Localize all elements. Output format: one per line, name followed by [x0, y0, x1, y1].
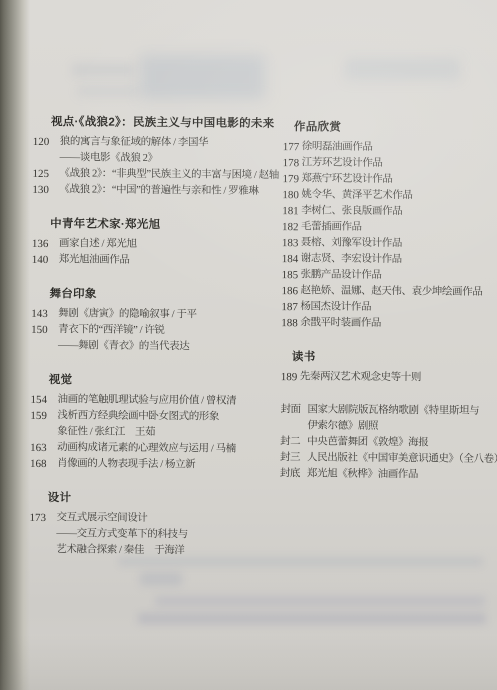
page-number: 186	[281, 283, 300, 299]
section-title: 中青年艺术家·郑光旭	[32, 215, 284, 235]
cover-label: 封二	[280, 434, 307, 450]
entry-title: 郑光旭《秋桦》油画作品	[307, 466, 492, 484]
toc-entry: 185张鹏产品设计作品	[282, 267, 494, 285]
toc-section: 读书189先秦两汉艺术观念史等十则	[281, 348, 493, 387]
entry-title: 《战狼 2》：“中国”的普遍性与亲和性 / 罗雅琳	[59, 182, 284, 200]
entry-title: 徐明磊油画作品	[302, 139, 495, 157]
cover-label: 封底	[280, 466, 307, 482]
toc-entry: 150青衣下的“西洋镜” / 许锐 ——舞剧《青衣》的当代表达	[31, 322, 283, 356]
entry-title: 张鹏产品设计作品	[301, 267, 494, 285]
entry-title: 郑光旭油画作品	[59, 252, 284, 270]
toc-entry: 189先秦两汉艺术观念史等十则	[281, 369, 493, 387]
entry-title: 谢志贤、李宏设计作品	[301, 251, 494, 269]
toc-section: 设计173交互式展示空间设计 ——交互方式变革下的科技与 艺术融合探索 / 秦佳…	[29, 489, 282, 560]
entry-title: 姚令华、黄泽平艺术作品	[301, 187, 494, 205]
toc-column-left: 视点·《战狼2》：民族主义与中国电影的未来120狼的寓言与象征域的解体 / 李国…	[29, 113, 285, 560]
page-number: 163	[30, 440, 57, 456]
entry-title: 舞剧《唐寅》的隐喻叙事 / 于平	[58, 306, 283, 324]
toc-entry: 186赵艳娇、温娜、赵天伟、袁少坤绘画作品	[281, 283, 493, 301]
toc-entry: 143舞剧《唐寅》的隐喻叙事 / 于平	[31, 306, 283, 324]
toc-entry: 179郑燕宁环艺设计作品	[282, 171, 494, 189]
toc-entry: 187杨国杰设计作品	[281, 299, 493, 317]
entry-title: 中央芭蕾舞团《敦煌》海报	[307, 434, 492, 452]
toc-section: 作品欣赏177徐明磊油画作品178江芳环艺设计作品179郑燕宁环艺设计作品180…	[281, 118, 495, 333]
toc-entry: 封三人民出版社《中国审美意识通史》（全八卷）	[280, 450, 492, 468]
entry-title: 郑燕宁环艺设计作品	[301, 171, 494, 189]
page-number: 179	[282, 171, 301, 187]
toc-entry: 168肖像画的人物表现手法 / 杨立新	[30, 456, 282, 474]
show-through-ghost	[72, 64, 134, 76]
page-number: 187	[281, 299, 300, 315]
toc-entry: 184谢志贤、李宏设计作品	[282, 251, 494, 269]
entry-title: 杨国杰设计作品	[300, 299, 493, 317]
entry-title: 《战狼 2》：“非典型”民族主义的丰富与困境 / 赵轴	[59, 166, 284, 184]
entry-title: 浅析西方经典绘画中卧女图式的形象 象征性 / 张红江 王茹	[57, 408, 282, 442]
page-number: 180	[282, 187, 301, 203]
cover-label: 封三	[280, 450, 307, 466]
toc-entry: 182毛蕾插画作品	[282, 219, 494, 237]
toc-entry: 130《战狼 2》：“中国”的普遍性与亲和性 / 罗雅琳	[32, 182, 284, 200]
page-number: 159	[30, 408, 57, 424]
toc-entry: 163动画构成诸元素的心理效应与运用 / 马楠	[30, 440, 282, 458]
entry-title: 青衣下的“西洋镜” / 许锐 ——舞剧《青衣》的当代表达	[58, 322, 283, 356]
entry-title: 画家自述 / 郑光旭	[59, 236, 284, 254]
toc-entry: 154油画的笔触肌理试验与应用价值 / 曾权清	[30, 392, 282, 410]
toc-entry: 159浅析西方经典绘画中卧女图式的形象 象征性 / 张红江 王茹	[30, 408, 282, 442]
page-number: 150	[31, 322, 58, 338]
page-number: 177	[283, 139, 302, 155]
toc-section: 中青年艺术家·郑光旭136画家自述 / 郑光旭140郑光旭油画作品	[32, 215, 284, 270]
cover-label: 封面	[280, 402, 307, 418]
entry-title: 人民出版社《中国审美意识通史》（全八卷）	[307, 450, 497, 468]
toc-entry: 125《战狼 2》：“非典型”民族主义的丰富与困境 / 赵轴	[32, 166, 284, 184]
toc-entry: 180姚令华、黄泽平艺术作品	[282, 187, 494, 205]
toc-entry: 181李树仁、张良版画作品	[282, 203, 494, 221]
toc-entry: 177徐明磊油画作品	[283, 139, 495, 157]
page-number: 181	[282, 203, 301, 219]
toc-entry: 封面国家大剧院版瓦格纳歌剧《特里斯坦与 伊索尔德》剧照	[280, 402, 492, 436]
show-through-ghost	[140, 55, 265, 99]
section-title: 视觉	[31, 371, 283, 391]
section-title: 设计	[30, 489, 282, 509]
entry-title: 动画构成诸元素的心理效应与运用 / 马楠	[57, 440, 282, 458]
section-title: 舞台印象	[31, 285, 283, 305]
page-number: 168	[30, 456, 57, 472]
toc-content: 视点·《战狼2》：民族主义与中国电影的未来120狼的寓言与象征域的解体 / 李国…	[0, 0, 497, 690]
entry-title: 国家大剧院版瓦格纳歌剧《特里斯坦与 伊索尔德》剧照	[307, 402, 492, 436]
show-through-ghost	[78, 86, 138, 96]
show-through-ghost	[138, 613, 486, 624]
toc-section: 视觉154油画的笔触肌理试验与应用价值 / 曾权清159浅析西方经典绘画中卧女图…	[30, 371, 283, 474]
entry-title: 先秦两汉艺术观念史等十则	[300, 369, 493, 387]
page-number: 140	[32, 252, 59, 268]
entry-title: 狼的寓言与象征域的解体 / 李国华 ——谈电影《战狼 2》	[60, 134, 285, 168]
toc-section: 舞台印象143舞剧《唐寅》的隐喻叙事 / 于平150青衣下的“西洋镜” / 许锐…	[31, 285, 284, 356]
toc-entry: 封二中央芭蕾舞团《敦煌》海报	[280, 434, 492, 452]
page-number: 184	[282, 251, 301, 267]
section-title: 作品欣赏	[283, 118, 495, 138]
page-number: 143	[31, 306, 58, 322]
toc-entry: 183聂榕、刘豫军设计作品	[282, 235, 494, 253]
page-number: 182	[282, 219, 301, 235]
toc-entry: 140郑光旭油画作品	[32, 252, 284, 270]
page-number: 120	[33, 134, 60, 150]
toc-entry: 120狼的寓言与象征域的解体 / 李国华 ——谈电影《战狼 2》	[33, 134, 285, 168]
scanned-page: 视点·《战狼2》：民族主义与中国电影的未来120狼的寓言与象征域的解体 / 李国…	[0, 0, 497, 690]
toc-entry: 188余戬平时装画作品	[281, 315, 493, 333]
page-number: 178	[283, 155, 302, 171]
page-number: 183	[282, 235, 301, 251]
entry-title: 聂榕、刘豫军设计作品	[301, 235, 494, 253]
page-number: 125	[32, 166, 59, 182]
toc-section: 视点·《战狼2》：民族主义与中国电影的未来120狼的寓言与象征域的解体 / 李国…	[32, 113, 285, 200]
entry-title: 毛蕾插画作品	[301, 219, 494, 237]
show-through-ghost	[155, 596, 485, 606]
toc-section: 封面国家大剧院版瓦格纳歌剧《特里斯坦与 伊索尔德》剧照封二中央芭蕾舞团《敦煌》海…	[280, 402, 493, 484]
toc-entry: 178江芳环艺设计作品	[283, 155, 495, 173]
page-number: 154	[30, 392, 57, 408]
show-through-ghost	[345, 58, 460, 80]
show-through-ghost	[118, 557, 483, 566]
page-bottom-shadow	[0, 635, 497, 690]
entry-title: 交互式展示空间设计 ——交互方式变革下的科技与 艺术融合探索 / 秦佳 于海洋	[56, 510, 281, 560]
page-number: 185	[282, 267, 301, 283]
entry-title: 赵艳娇、温娜、赵天伟、袁少坤绘画作品	[300, 283, 493, 301]
page-number: 130	[32, 182, 59, 198]
section-title: 视点·《战狼2》：民族主义与中国电影的未来	[33, 113, 285, 133]
toc-column-right: 作品欣赏177徐明磊油画作品178江芳环艺设计作品179郑燕宁环艺设计作品180…	[280, 118, 495, 484]
page-number: 189	[281, 369, 300, 385]
spine-shadow	[0, 0, 30, 690]
entry-title: 李树仁、张良版画作品	[301, 203, 494, 221]
page-number: 136	[32, 236, 59, 252]
entry-title: 江芳环艺设计作品	[302, 155, 495, 173]
page-number: 173	[29, 510, 56, 526]
page-number: 188	[281, 315, 300, 331]
entry-title: 油画的笔触肌理试验与应用价值 / 曾权清	[57, 392, 282, 410]
entry-title: 肖像画的人物表现手法 / 杨立新	[57, 456, 282, 474]
section-title: 读书	[281, 348, 493, 368]
entry-title: 余戬平时装画作品	[300, 315, 493, 333]
toc-entry: 封底郑光旭《秋桦》油画作品	[280, 466, 492, 484]
toc-entry: 173交互式展示空间设计 ——交互方式变革下的科技与 艺术融合探索 / 秦佳 于…	[29, 510, 281, 560]
toc-entry: 136画家自述 / 郑光旭	[32, 236, 284, 254]
show-through-ghost	[140, 572, 182, 586]
